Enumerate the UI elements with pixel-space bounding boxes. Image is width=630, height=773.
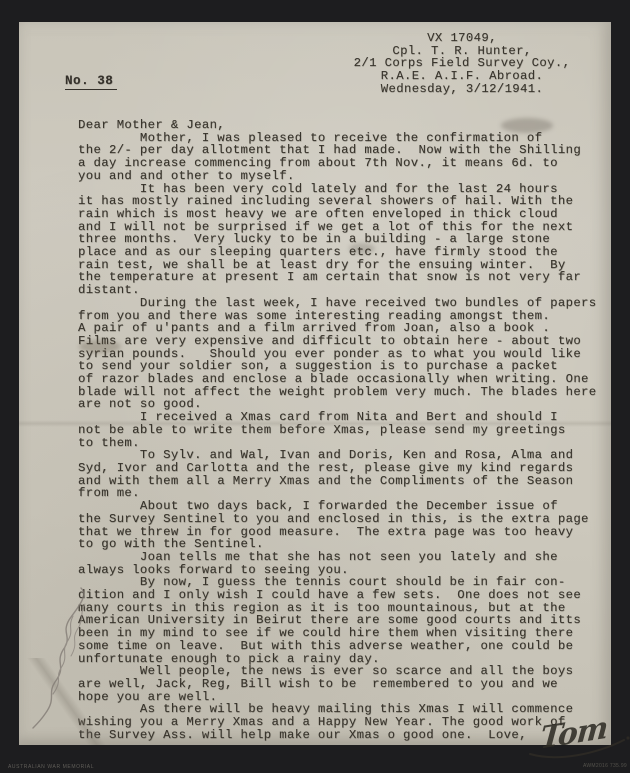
- archive-watermark: AUSTRALIAN WAR MEMORIAL: [8, 764, 94, 770]
- service-number: VX 17049,: [351, 32, 573, 45]
- ink-smudge: [501, 118, 553, 133]
- paper-fold-crease: [19, 420, 611, 427]
- scan-background: No. 38 VX 17049, Cpl. T. R. Hunter, 2/1 …: [0, 0, 630, 773]
- sender-address-block: VX 17049, Cpl. T. R. Hunter, 2/1 Corps F…: [351, 32, 573, 96]
- letter-body: Dear Mother & Jean, Mother, I was please…: [78, 119, 597, 741]
- margin-annotation-scribble: [23, 582, 101, 732]
- letter-date: Wednesday, 3/12/1941.: [351, 83, 573, 96]
- signature-flourish: [524, 708, 630, 766]
- archive-reference-number: AWM2016 735.99: [583, 763, 627, 769]
- ink-smudge: [349, 243, 375, 254]
- sender-corps: R.A.E. A.I.F. Abroad.: [351, 70, 573, 83]
- letter-page: No. 38 VX 17049, Cpl. T. R. Hunter, 2/1 …: [19, 22, 611, 745]
- signature: Tom: [524, 708, 630, 766]
- ink-smudge: [79, 340, 121, 353]
- letter-number: No. 38: [65, 74, 117, 90]
